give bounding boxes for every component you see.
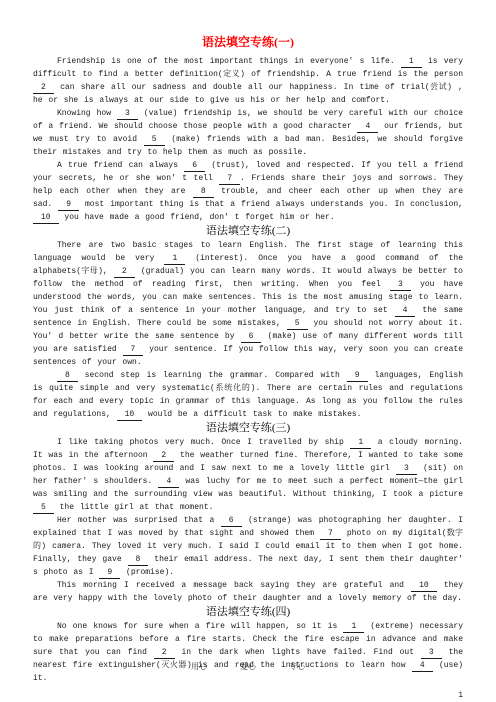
fill-in-blank: 6 bbox=[184, 161, 205, 172]
fill-in-blank: 1 bbox=[343, 622, 364, 633]
paragraph: No one knows for sure when a fire will h… bbox=[33, 620, 463, 685]
fill-in-blank: 5 bbox=[287, 319, 308, 330]
fill-in-blank: 1 bbox=[164, 254, 185, 265]
fill-in-blank: 10 bbox=[33, 213, 59, 224]
fill-in-blank: 2 bbox=[154, 648, 175, 659]
fill-in-blank: 2 bbox=[153, 451, 174, 462]
fill-in-blank: 1 bbox=[350, 438, 371, 449]
paragraph: There are two basic stages to learn Engl… bbox=[33, 239, 463, 369]
fill-in-blank: 2 bbox=[114, 267, 135, 278]
section-title-1: 语法填空专练(一) bbox=[33, 30, 463, 55]
fill-in-blank: 6 bbox=[241, 332, 262, 343]
fill-in-blank: 9 bbox=[99, 568, 120, 579]
page-number: 1 bbox=[458, 691, 463, 700]
paragraph: 8 second step is learning the grammar. C… bbox=[33, 369, 463, 421]
fill-in-blank: 7 bbox=[219, 174, 240, 185]
section-title-3: 语法填空专练(三) bbox=[33, 421, 463, 436]
section-title-4: 语法填空专练(四) bbox=[33, 605, 463, 620]
fill-in-blank: 10 bbox=[411, 581, 437, 592]
document-body: 语法填空专练(一) Friendship is one of the most … bbox=[0, 0, 496, 685]
paragraph: A true friend can always 6 (trust), love… bbox=[33, 159, 463, 224]
fill-in-blank: 8 bbox=[193, 187, 214, 198]
paragraph: This morning I received a message back s… bbox=[33, 579, 463, 605]
fill-in-blank: 9 bbox=[347, 371, 368, 382]
worksheet-page: 语法填空专练(一) Friendship is one of the most … bbox=[0, 0, 496, 702]
paragraph: I like taking photos very much. Once I t… bbox=[33, 436, 463, 514]
section-title-2: 语法填空专练(二) bbox=[33, 224, 463, 239]
fill-in-blank: 5 bbox=[33, 503, 54, 514]
fill-in-blank: 8 bbox=[128, 555, 149, 566]
fill-in-blank: 4 bbox=[158, 477, 179, 488]
fill-in-blank: 8 bbox=[57, 371, 78, 382]
fill-in-blank: 3 bbox=[421, 648, 442, 659]
footer-motto-item: 用心 bbox=[191, 661, 207, 672]
fill-in-blank: 3 bbox=[117, 109, 138, 120]
fill-in-blank: 4 bbox=[395, 306, 416, 317]
footer-motto-item: 爱心 bbox=[240, 661, 256, 672]
fill-in-blank: 3 bbox=[396, 464, 417, 475]
fill-in-blank: 6 bbox=[221, 516, 242, 527]
footer-motto-item: 专心 bbox=[289, 661, 305, 672]
fill-in-blank: 10 bbox=[117, 410, 143, 421]
paragraph: Her mother was surprised that a 6 (stran… bbox=[33, 514, 463, 579]
footer-motto: 用心 爱心 专心 bbox=[0, 661, 496, 672]
paragraph: Knowing how 3 (value) friendship is, we … bbox=[33, 107, 463, 159]
fill-in-blank: 5 bbox=[144, 135, 165, 146]
paragraph: Friendship is one of the most important … bbox=[33, 55, 463, 107]
fill-in-blank: 4 bbox=[357, 122, 378, 133]
fill-in-blank: 1 bbox=[401, 57, 422, 68]
fill-in-blank: 9 bbox=[58, 200, 79, 211]
fill-in-blank: 7 bbox=[320, 529, 341, 540]
page-footer: 用心 爱心 专心 bbox=[0, 661, 496, 672]
fill-in-blank: 7 bbox=[123, 345, 144, 356]
fill-in-blank: 3 bbox=[390, 280, 411, 291]
fill-in-blank: 2 bbox=[33, 83, 54, 94]
